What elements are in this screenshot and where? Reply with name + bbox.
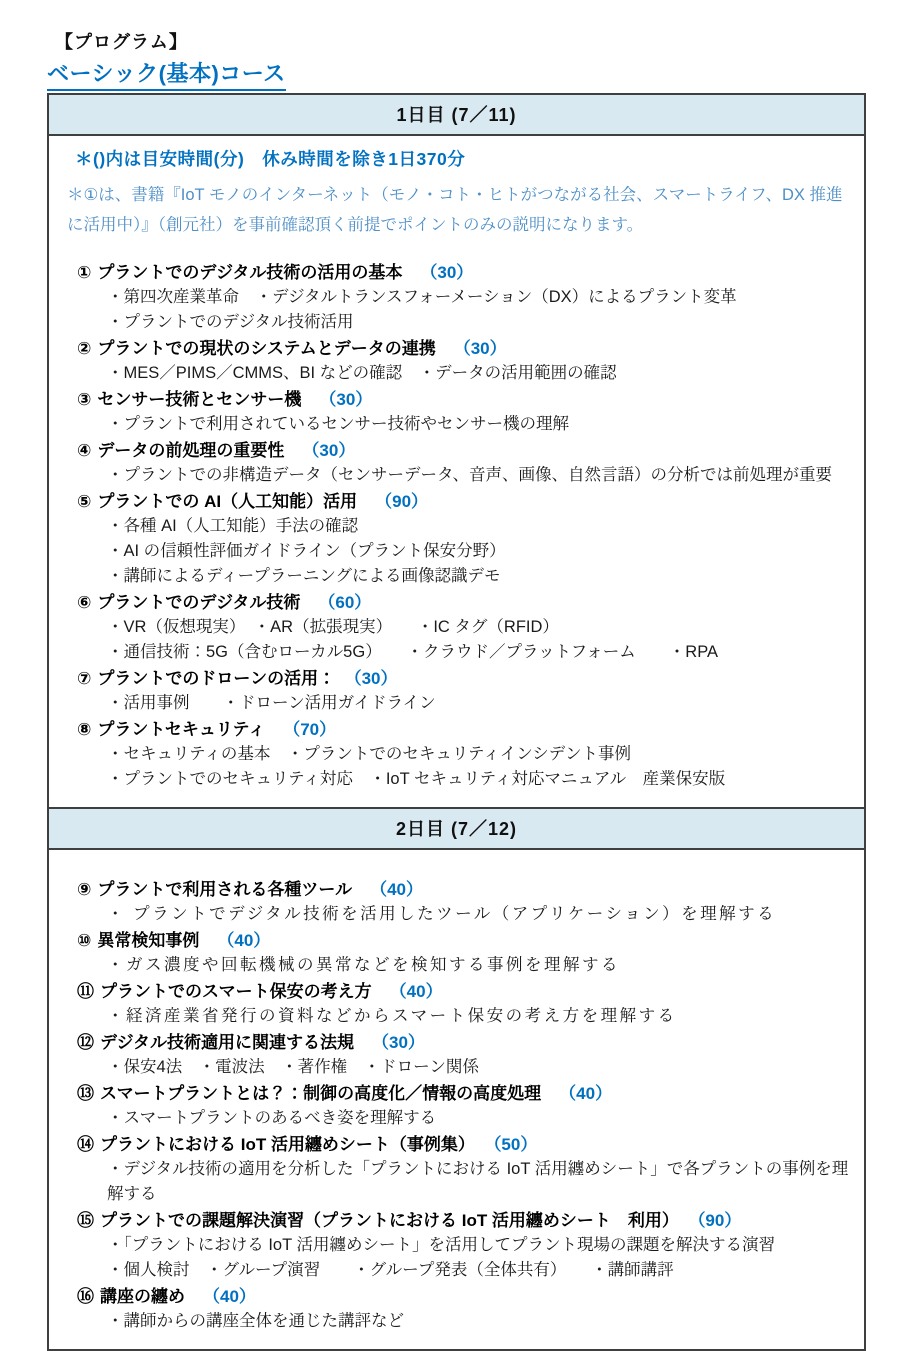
program-subitem: ・VR（仮想現実） ・AR（拡張現実） ・IC タグ（RFID） <box>65 615 852 640</box>
program-item: ⑮プラントでの課題解決演習（プラントにおける IoT 活用纏めシート 利用）（9… <box>65 1208 852 1283</box>
item-number: ⑮ <box>77 1211 94 1230</box>
item-duration: （70） <box>283 720 336 739</box>
item-duration: （40） <box>203 1287 256 1306</box>
program-item-title-line: ⑥プラントでのデジタル技術（60） <box>65 590 852 615</box>
item-duration: （30） <box>420 263 473 282</box>
program-kicker: 【プログラム】 <box>55 28 188 54</box>
program-item: ⑤プラントでの AI（人工知能）活用（90）・各種 AI（人工知能）手法の確認・… <box>65 489 852 589</box>
program-subitem: ・デジタル技術の適用を分析した「プラントにおける IoT 活用纏めシート」で各プ… <box>65 1157 852 1207</box>
item-number: ⑭ <box>77 1135 94 1154</box>
item-number: ⑫ <box>77 1033 94 1052</box>
item-number: ③ <box>77 390 91 409</box>
program-item: ⑥プラントでのデジタル技術（60）・VR（仮想現実） ・AR（拡張現実） ・IC… <box>65 590 852 665</box>
program-item-title-line: ④データの前処理の重要性（30） <box>65 438 852 463</box>
program-item: ⑧プラントセキュリティ（70）・セキュリティの基本 ・プラントでのセキュリティイ… <box>65 717 852 792</box>
item-number: ⑬ <box>77 1084 94 1103</box>
program-item: ②プラントでの現状のシステムとデータの連携（30）・MES／PIMS／CMMS、… <box>65 336 852 386</box>
program-item-title-line: ①プラントでのデジタル技術の活用の基本（30） <box>65 260 852 285</box>
item-title-text: プラントでの現状のシステムとデータの連携 <box>97 339 435 358</box>
program-item: ①プラントでのデジタル技術の活用の基本（30）・第四次産業革命 ・デジタルトラン… <box>65 260 852 335</box>
item-number: ⑥ <box>77 593 91 612</box>
course-title: ベーシック(基本)コース <box>47 57 286 91</box>
item-title-text: プラントにおける IoT 活用纏めシート（事例集） <box>100 1135 475 1154</box>
program-item-title-line: ⑫デジタル技術適用に関連する法規（30） <box>65 1030 852 1055</box>
day2-section: ⑨プラントで利用される各種ツール（40）・ プラントでデジタル技術を活用したツー… <box>49 850 864 1349</box>
item-duration: （90） <box>375 492 428 511</box>
program-subitem: ・通信技術：5G（含むローカル5G） ・クラウド／プラットフォーム ・RPA <box>65 640 852 665</box>
program-item-title-line: ③センサー技術とセンサー機（30） <box>65 387 852 412</box>
item-title-text: プラントでのデジタル技術の活用の基本 <box>97 263 402 282</box>
program-subitem: ・スマートプラントのあるべき姿を理解する <box>65 1106 852 1131</box>
program-item-title-line: ⑮プラントでの課題解決演習（プラントにおける IoT 活用纏めシート 利用）（9… <box>65 1208 852 1233</box>
program-item: ⑪プラントでのスマート保安の考え方（40）・経済産業省発行の資料などからスマート… <box>65 979 852 1029</box>
program-item: ⑯講座の纏め（40）・講師からの講座全体を通じた講評など <box>65 1284 852 1334</box>
program-subitem: ・保安4法 ・電波法 ・著作権 ・ドローン関係 <box>65 1055 852 1080</box>
program-item-title-line: ②プラントでの現状のシステムとデータの連携（30） <box>65 336 852 361</box>
item-duration: （40） <box>217 931 270 950</box>
program-item-title-line: ⑧プラントセキュリティ（70） <box>65 717 852 742</box>
program-subitem: ・「プラントにおける IoT 活用纏めシート」を活用してプラント現場の課題を解決… <box>65 1233 852 1258</box>
item-title-text: プラントでの課題解決演習（プラントにおける IoT 活用纏めシート 利用） <box>100 1211 679 1230</box>
book-note: ＊①は、書籍『IoT モノのインターネット（モノ・コト・ヒトがつながる社会、スマ… <box>67 181 852 240</box>
program-item: ③センサー技術とセンサー機（30）・プラントで利用されているセンサー技術やセンサ… <box>65 387 852 437</box>
program-item: ⑩異常検知事例（40）・ガス濃度や回転機械の異常などを検知する事例を理解する <box>65 928 852 978</box>
item-duration: （40） <box>390 982 443 1001</box>
item-number: ① <box>77 263 91 282</box>
program-item: ⑬スマートプラントとは？：制御の高度化／情報の高度処理（40）・スマートプラント… <box>65 1081 852 1131</box>
item-title-text: 講座の纏め <box>100 1287 185 1306</box>
program-item: ⑨プラントで利用される各種ツール（40）・ プラントでデジタル技術を活用したツー… <box>65 877 852 927</box>
program-item: ⑭プラントにおける IoT 活用纏めシート（事例集）（50）・デジタル技術の適用… <box>65 1132 852 1207</box>
program-item-title-line: ⑦プラントでのドローンの活用：（30） <box>65 666 852 691</box>
program-subitem: ・セキュリティの基本 ・プラントでのセキュリティインシデント事例 <box>65 742 852 767</box>
document-page: 【プログラム】 ベーシック(基本)コース 1日目 (7／11) ＊()内は目安時… <box>0 0 912 1306</box>
item-title-text: スマートプラントとは？：制御の高度化／情報の高度処理 <box>100 1084 541 1103</box>
item-duration: （90） <box>697 1211 741 1230</box>
item-title-text: プラントでのデジタル技術 <box>97 593 300 612</box>
program-subitem: ・AI の信頼性評価ガイドライン（プラント保安分野） <box>65 539 852 564</box>
program-subitem: ・各種 AI（人工知能）手法の確認 <box>65 514 852 539</box>
item-number: ④ <box>77 441 91 460</box>
program-item-title-line: ⑨プラントで利用される各種ツール（40） <box>65 877 852 902</box>
time-note: ＊()内は目安時間(分) 休み時間を除き1日370分 <box>75 146 852 171</box>
program-item-title-line: ⑩異常検知事例（40） <box>65 928 852 953</box>
item-duration: （30） <box>372 1033 425 1052</box>
item-title-text: プラントでのスマート保安の考え方 <box>100 982 372 1001</box>
item-duration: （30） <box>454 339 507 358</box>
day1-header: 1日目 (7／11) <box>49 95 864 136</box>
item-number: ⑨ <box>77 880 91 899</box>
item-number: ⑩ <box>77 931 91 950</box>
program-subitem: ・ プラントでデジタル技術を活用したツール（アプリケーション）を理解する <box>65 902 852 927</box>
program-subitem: ・プラントでの非構造データ（センサーデータ、音声、画像、自然言語）の分析では前処… <box>65 463 852 488</box>
item-title-text: プラントセキュリティ <box>97 720 265 739</box>
program-subitem: ・MES／PIMS／CMMS、BI などの確認 ・データの活用範囲の確認 <box>65 361 852 386</box>
program-subitem: ・ガス濃度や回転機械の異常などを検知する事例を理解する <box>65 953 852 978</box>
program-item-title-line: ⑭プラントにおける IoT 活用纏めシート（事例集）（50） <box>65 1132 852 1157</box>
program-item-title-line: ⑤プラントでの AI（人工知能）活用（90） <box>65 489 852 514</box>
program-item: ⑫デジタル技術適用に関連する法規（30）・保安4法 ・電波法 ・著作権 ・ドロー… <box>65 1030 852 1080</box>
item-title-text: 異常検知事例 <box>97 931 199 950</box>
program-subitem: ・個人検討 ・グループ演習 ・グループ発表（全体共有） ・講師講評 <box>65 1258 852 1283</box>
day2-items: ⑨プラントで利用される各種ツール（40）・ プラントでデジタル技術を活用したツー… <box>65 877 852 1334</box>
program-subitem: ・プラントでのセキュリティ対応 ・IoT セキュリティ対応マニュアル 産業保安版 <box>65 767 852 792</box>
item-title-text: プラントでのドローンの活用： <box>97 669 335 688</box>
program-item: ⑦プラントでのドローンの活用：（30）・活用事例 ・ドローン活用ガイドライン <box>65 666 852 716</box>
program-item-title-line: ⑬スマートプラントとは？：制御の高度化／情報の高度処理（40） <box>65 1081 852 1106</box>
item-title-text: デジタル技術適用に関連する法規 <box>100 1033 354 1052</box>
item-title-text: データの前処理の重要性 <box>97 441 284 460</box>
item-duration: （30） <box>319 390 372 409</box>
program-subitem: ・経済産業省発行の資料などからスマート保安の考え方を理解する <box>65 1004 852 1029</box>
program-table: 1日目 (7／11) ＊()内は目安時間(分) 休み時間を除き1日370分 ＊①… <box>47 93 866 1351</box>
item-duration: （40） <box>559 1084 612 1103</box>
item-number: ② <box>77 339 91 358</box>
program-subitem: ・活用事例 ・ドローン活用ガイドライン <box>65 691 852 716</box>
day2-header: 2日目 (7／12) <box>49 807 864 850</box>
item-number: ⑤ <box>77 492 91 511</box>
program-subitem: ・講師によるディープラーニングによる画像認識デモ <box>65 564 852 589</box>
item-duration: （30） <box>302 441 355 460</box>
item-number: ⑪ <box>77 982 94 1001</box>
day1-section: ＊()内は目安時間(分) 休み時間を除き1日370分 ＊①は、書籍『IoT モノ… <box>49 136 864 807</box>
program-item: ④データの前処理の重要性（30）・プラントでの非構造データ（センサーデータ、音声… <box>65 438 852 488</box>
item-number: ⑧ <box>77 720 91 739</box>
item-title-text: センサー技術とセンサー機 <box>97 390 301 409</box>
item-number: ⑯ <box>77 1287 94 1306</box>
item-duration: （30） <box>353 669 397 688</box>
program-item-title-line: ⑯講座の纏め（40） <box>65 1284 852 1309</box>
program-item-title-line: ⑪プラントでのスマート保安の考え方（40） <box>65 979 852 1004</box>
program-subitem: ・講師からの講座全体を通じた講評など <box>65 1309 852 1334</box>
program-subitem: ・プラントでのデジタル技術活用 <box>65 310 852 335</box>
program-subitem: ・プラントで利用されているセンサー技術やセンサー機の理解 <box>65 412 852 437</box>
program-subitem: ・第四次産業革命 ・デジタルトランスフォーメーション（DX）によるプラント変革 <box>65 285 852 310</box>
item-duration: （40） <box>370 880 423 899</box>
item-number: ⑦ <box>77 669 91 688</box>
day1-items: ①プラントでのデジタル技術の活用の基本（30）・第四次産業革命 ・デジタルトラン… <box>65 260 852 792</box>
item-duration: （60） <box>318 593 371 612</box>
item-duration: （50） <box>493 1135 537 1154</box>
item-title-text: プラントで利用される各種ツール <box>97 880 352 899</box>
item-title-text: プラントでの AI（人工知能）活用 <box>97 492 357 511</box>
